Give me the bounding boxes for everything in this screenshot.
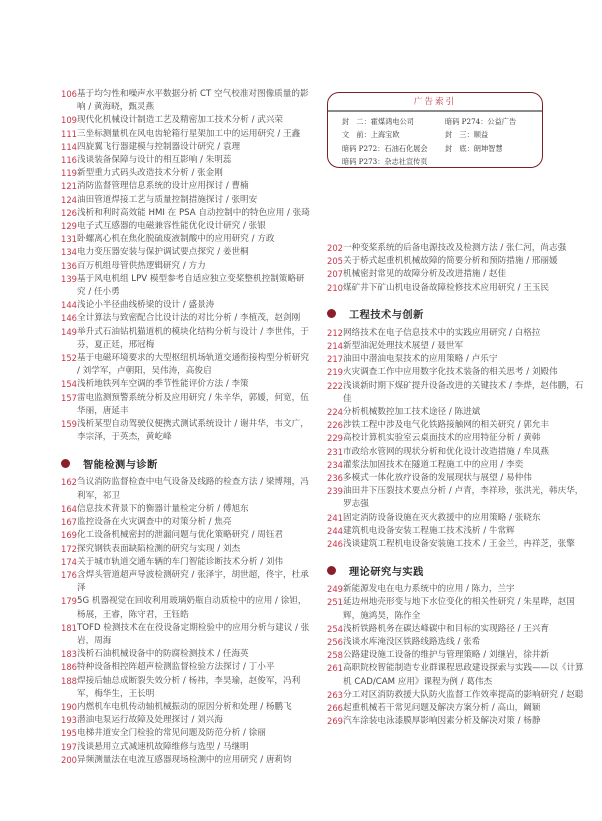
article-title-author: 监控设备在火灾调查中的对策分析 / 焦亮 bbox=[77, 517, 231, 527]
ad-index-box: 广告索引 封 二：霍煤鸿电公司 暗码 P274：公益广告 文 前：上海宝欧 封 … bbox=[327, 92, 543, 168]
article-title-author: 市政给水管网的现状分析和优化设计改造措施 / 牟凤燕 bbox=[343, 447, 549, 457]
toc-entry: 183浅析石油机械设备中的防腐检测技术 / 任海英 bbox=[61, 648, 311, 661]
page-number: 188 bbox=[61, 675, 77, 688]
toc-entry: 106基于均匀性和噪声水平数据分析 CT 空气校准对图像质量的影响 / 黄海晓，… bbox=[61, 88, 311, 114]
toc-entry: 231市政给水管网的现状分析和优化设计改造措施 / 牟凤燕 bbox=[327, 446, 589, 459]
article-title-author: 基于风电机组 LPV 模型参考自适应独立变桨整机控制策略研究 / 任小勇 bbox=[77, 274, 305, 297]
page-number: 200 bbox=[61, 754, 77, 767]
toc-entry: 244建筑机电设备安装工程施工技术浅析 / 牛常辉 bbox=[327, 525, 589, 538]
article-title-author: 浅析铁路机务在碳达峰碳中和目标的实现路径 / 王兴育 bbox=[343, 624, 549, 634]
page-number: 154 bbox=[61, 378, 77, 391]
article-title-author: 卧螺离心机在焦化脱硫废液制酸中的应用研究 / 方政 bbox=[77, 234, 274, 244]
toc-entry: 249新能源发电在电力系统中的应用 / 陈力，兰宇 bbox=[327, 583, 589, 596]
toc-entry: 195电梯井道安全门检验的常见问题及防范分析 / 徐丽 bbox=[61, 727, 311, 740]
toc-entry: 162刍议消防监督检查中电气设备及线路的检查方法 / 梁博翔，冯利军，祁卫 bbox=[61, 476, 311, 502]
article-title-author: 分工对区消防救援大队防火监督工作效率提高的影响研究 / 赵聪 bbox=[343, 690, 583, 700]
toc-entry: 256浅谈水库淹没区铁路线路选线 / 张希 bbox=[327, 636, 589, 649]
article-title-author: 汽车涂装电泳漆膜厚影响因素分析及解决对策 / 杨静 bbox=[343, 716, 540, 726]
page-number: 169 bbox=[61, 529, 77, 542]
article-title-author: 浅论小半径曲线桥梁的设计 / 盛景涛 bbox=[77, 300, 214, 310]
page-number: 241 bbox=[327, 512, 343, 525]
toc-entry: 207机械密封常见的故障分析及改进措施 / 赵佳 bbox=[327, 268, 589, 281]
toc-entry: 217油田中潜油电泵技术的应用策略 / 卢乐宁 bbox=[327, 353, 589, 366]
page-number: 207 bbox=[327, 268, 343, 281]
article-title-author: TOFD 检测技术在在役设备定期检验中的应用分析与建议 / 张岩，周海 bbox=[77, 623, 309, 646]
toc-entry: 181TOFD 检测技术在在役设备定期检验中的应用分析与建议 / 张岩，周海 bbox=[61, 622, 311, 648]
page-number: 164 bbox=[61, 503, 77, 516]
toc-entry: 186特种设备相控阵超声检测监督检验方法探讨 / 丁小平 bbox=[61, 661, 311, 674]
article-title-author: 新型油泥处理技术展望 / 聂世军 bbox=[343, 341, 463, 351]
page-number: 131 bbox=[61, 233, 77, 246]
page-number: 124 bbox=[61, 194, 77, 207]
page-number: 136 bbox=[61, 260, 77, 273]
article-title-author: 浅析石油机械设备中的防腐检测技术 / 任海英 bbox=[77, 649, 249, 659]
toc-entry: 226涉铁工程中涉及电气化铁路接触网的相关研究 / 郭允丰 bbox=[327, 419, 589, 432]
page-number: 126 bbox=[61, 207, 77, 220]
toc-entry: 119新型重力式码头改造技术分析 / 张金刚 bbox=[61, 167, 311, 180]
toc-list: 249新能源发电在电力系统中的应用 / 陈力，兰宇251延边州地壳形变与地下水位… bbox=[327, 583, 589, 728]
ad-index-item: 封 三：顺益 bbox=[445, 128, 545, 141]
toc-entry: 263分工对区消防救援大队防火监督工作效率提高的影响研究 / 赵聪 bbox=[327, 689, 589, 702]
article-title-author: 分析机械数控加工技术途径 / 陈进斌 bbox=[343, 407, 480, 417]
page-number: 269 bbox=[327, 715, 343, 728]
toc-entry: 152基于电磁环境要求的大型枢纽机场轨道交通衔接构型分析研究 / 刘学军，卢朝阳… bbox=[61, 352, 311, 378]
page-number: 190 bbox=[61, 701, 77, 714]
article-title-author: 浅谈水库淹没区铁路线路选线 / 张希 bbox=[343, 637, 480, 647]
article-title-author: 高职院校智能制造专业群课程思政建设探索与实践——以《计算机 CAD/CAM 应用… bbox=[343, 663, 584, 686]
toc-entry: 251延边州地壳形变与地下水位变化的相关性研究 / 朱星晔，赵国辉，施鸿昊，陈作… bbox=[327, 596, 589, 622]
toc-entry: 254浅析铁路机务在碳达峰碳中和目标的实现路径 / 王兴育 bbox=[327, 623, 589, 636]
toc-list: 202一种变桨系统的后备电源技改及检测方法 / 张仁河，尚志强205关于桥式起重… bbox=[327, 242, 589, 295]
toc-entry: 246浅谈建筑工程机电设备安装施工技术 / 王金兰，冉祥芝，张擎 bbox=[327, 538, 589, 551]
page-number: 179 bbox=[61, 595, 77, 608]
page-number: 152 bbox=[61, 352, 77, 365]
article-title-author: 涉铁工程中涉及电气化铁路接触网的相关研究 / 郭允丰 bbox=[343, 420, 549, 430]
page-number: 174 bbox=[61, 556, 77, 569]
section-heading: 智能检测与诊断 bbox=[61, 456, 311, 470]
article-title-author: 火灾调查工作中应用数字化技术装备的相关思考 / 刘殿伟 bbox=[343, 367, 558, 377]
article-title-author: 电梯井道安全门检验的常见问题及防范分析 / 徐丽 bbox=[77, 728, 266, 738]
article-title-author: 浅析地铁列车空调的季节性能评价方法 / 李策 bbox=[77, 379, 249, 389]
article-title-author: 建筑机电设备安装工程施工技术浅析 / 牛常辉 bbox=[343, 526, 515, 536]
toc-entry: 169化工设备机械密封的泄漏问题与优化策略研究 / 周钰君 bbox=[61, 529, 311, 542]
toc-entry: 116浅谈装备保障与设计的相互影响 / 朱明蕊 bbox=[61, 154, 311, 167]
section-title: 理论研究与实践 bbox=[349, 563, 424, 578]
toc-entry: 109现代化机械设计制造工艺及精密加工技术分析 / 武兴荣 bbox=[61, 114, 311, 127]
article-title-author: 一种变桨系统的后备电源技改及检测方法 / 张仁河，尚志强 bbox=[343, 243, 566, 253]
toc-list: 162刍议消防监督检查中电气设备及线路的检查方法 / 梁博翔，冯利军，祁卫164… bbox=[61, 476, 311, 766]
article-title-author: 油田中潜油电泵技术的应用策略 / 卢乐宁 bbox=[343, 354, 497, 364]
page-number: 231 bbox=[327, 446, 343, 459]
article-title-author: 起重机械若干常见问题及解决方案分析 / 高山，阚颖 bbox=[343, 703, 540, 713]
page-number: 144 bbox=[61, 299, 77, 312]
page-number: 139 bbox=[61, 273, 77, 286]
toc-entry: 258公路建设施工设备的维护与管理策略 / 刘继岩，徐井新 bbox=[327, 649, 589, 662]
toc-entry: 172探究钢铁表面缺陷检测的研究与实现 / 刘杰 bbox=[61, 543, 311, 556]
article-title-author: 四旋翼飞行器建模与控制器设计研究 / 袁理 bbox=[77, 142, 240, 152]
section-heading: 理论研究与实践 bbox=[327, 563, 589, 577]
page-number: 205 bbox=[327, 255, 343, 268]
article-title-author: 潜油电泵运行故障及处理探讨 / 刘兴海 bbox=[77, 715, 223, 725]
page-number: 246 bbox=[327, 538, 343, 551]
article-title-author: 特种设备相控阵超声检测监督检验方法探讨 / 丁小平 bbox=[77, 662, 274, 672]
toc-entry: 197浅谈悬用立式减速机故障维修与选型 / 马继明 bbox=[61, 741, 311, 754]
ad-index-item: 封 二：霍煤鸿电公司 bbox=[342, 115, 445, 128]
article-title-author: 固定消防设备设施在灭火救援中的应用策略 / 张晓东 bbox=[343, 513, 540, 523]
toc-entry: 139基于风电机组 LPV 模型参考自适应独立变桨整机控制策略研究 / 任小勇 bbox=[61, 273, 311, 299]
page-number: 217 bbox=[327, 353, 343, 366]
toc-entry: 266起重机械若干常见问题及解决方案分析 / 高山，阚颖 bbox=[327, 702, 589, 715]
toc-entry: 149举升式石油钻机猫道机的模块化结构分析与设计 / 李世伟，于芬，夏正廷，邢冠… bbox=[61, 326, 311, 352]
toc-entry: 212网络技术在电子信息技术中的实践应用研究 / 白格拉 bbox=[327, 327, 589, 340]
page-number: 261 bbox=[327, 662, 343, 675]
toc-entry: 167监控设备在火灾调查中的对策分析 / 焦亮 bbox=[61, 516, 311, 529]
ad-index-grid: 封 二：霍煤鸿电公司 暗码 P274：公益广告 文 前：上海宝欧 封 三：顺益 … bbox=[328, 112, 542, 169]
page-number: 244 bbox=[327, 525, 343, 538]
toc-entry: 154浅析地铁列车空调的季节性能评价方法 / 李策 bbox=[61, 378, 311, 391]
page-number: 214 bbox=[327, 340, 343, 353]
article-title-author: 多模式一体化放疗设备的发展现状与展望 / 易仲伟 bbox=[343, 473, 532, 483]
ad-index-item: 封 底：朗坤智慧 bbox=[445, 142, 545, 155]
article-title-author: 关于桥式起重机机械故障的简要分析和预防措施 / 邢丽媛 bbox=[343, 256, 558, 266]
page-number: 224 bbox=[327, 406, 343, 419]
article-title-author: 刍议消防监督检查中电气设备及线路的检查方法 / 梁博翔，冯利军，祁卫 bbox=[77, 477, 309, 500]
article-title-author: 关于城市轨道交通车辆的车门智能诊断技术分析 / 刘伟 bbox=[77, 557, 283, 567]
page-number: 251 bbox=[327, 596, 343, 609]
toc-entry: 124油田管道焊接工艺与质量控制措施探讨 / 张明安 bbox=[61, 194, 311, 207]
article-title-author: 消防监督管理信息系统的设计应用探讨 / 曹楠 bbox=[77, 181, 249, 191]
page-number: 176 bbox=[61, 569, 77, 582]
toc-entry: 210煤矿井下矿山机电设备故障检修技术应用研究 / 王玉民 bbox=[327, 282, 589, 295]
article-title-author: 雷电监测预警系统分析及应用研究 / 朱辛华，郭媛，何宽，伍华丽，唐延丰 bbox=[77, 393, 309, 416]
toc-entry: 261高职院校智能制造专业群课程思政建设探索与实践——以《计算机 CAD/CAM… bbox=[327, 662, 589, 688]
article-title-author: 百万机组母管供热逻辑研究 / 方力 bbox=[77, 261, 206, 271]
article-title-author: 三坐标测量机在风电齿轮箱行星架加工中的运用研究 / 王鑫 bbox=[77, 129, 300, 139]
section-heading: 工程技术与创新 bbox=[327, 307, 589, 321]
toc-entry: 241固定消防设备设施在灭火救援中的应用策略 / 张晓东 bbox=[327, 512, 589, 525]
article-title-author: 电力变压器安装与保护调试要点探究 / 姜世桐 bbox=[77, 247, 249, 257]
page-number: 193 bbox=[61, 714, 77, 727]
ad-index-item: 文 前：上海宝欧 bbox=[342, 128, 445, 141]
article-title-author: 浅谈新时期下煤矿提升设备改进的关键技术 / 李烨，赵伟鹏，石佳 bbox=[343, 381, 583, 404]
page-number: 134 bbox=[61, 246, 77, 259]
toc-entry: 219火灾调查工作中应用数字化技术装备的相关思考 / 刘殿伟 bbox=[327, 366, 589, 379]
page-number: 181 bbox=[61, 622, 77, 635]
toc-entry: 134电力变压器安装与保护调试要点探究 / 姜世桐 bbox=[61, 246, 311, 259]
section-title: 工程技术与创新 bbox=[349, 306, 424, 321]
article-title-author: 高校计算机实验室云桌面技术的应用特征分析 / 黄韩 bbox=[343, 433, 540, 443]
page-number: 106 bbox=[61, 88, 77, 101]
toc-entry: 176含焊头管道超声导波检测研究 / 张泽宇，胡世超，佟宇，杜承泽 bbox=[61, 569, 311, 595]
article-title-author: 5G 机器视觉在回收利用玻璃奶瓶自动质检中的应用 / 徐钽，杨展，王睿，陈守君，… bbox=[77, 596, 306, 619]
bullet-dot-icon bbox=[61, 459, 70, 468]
article-title-author: 煤矿井下矿山机电设备故障检修技术应用研究 / 王玉民 bbox=[343, 283, 549, 293]
article-title-author: 基于电磁环境要求的大型枢纽机场轨道交通衔接构型分析研究 / 刘学军，卢朝阳，吴伟… bbox=[77, 353, 309, 376]
page-number: 157 bbox=[61, 392, 77, 405]
article-title-author: 电子式互感器的电磁兼容性能优化设计研究 / 张银 bbox=[77, 221, 266, 231]
page-number: 249 bbox=[327, 583, 343, 596]
bullet-dot-icon bbox=[327, 566, 336, 575]
toc-entry: 131卧螺离心机在焦化脱硫废液制酸中的应用研究 / 方政 bbox=[61, 233, 311, 246]
page-number: 149 bbox=[61, 326, 77, 339]
toc-entry: 159浅析某型自动驾驶仪便携式测试系统设计 / 谢井华，韦文广，李宗泽，于英杰，… bbox=[61, 418, 311, 444]
toc-entry: 193潜油电泵运行故障及处理探讨 / 刘兴海 bbox=[61, 714, 311, 727]
page-number: 159 bbox=[61, 418, 77, 431]
toc-entry: 126浅析和利时高效能 HMI 在 PSA 自动控制中的特色应用 / 张琦 bbox=[61, 207, 311, 220]
toc-entry: 121消防监督管理信息系统的设计应用探讨 / 曹楠 bbox=[61, 180, 311, 193]
article-title-author: 新能源发电在电力系统中的应用 / 陈力，兰宇 bbox=[343, 584, 515, 594]
article-title-author: 公路建设施工设备的维护与管理策略 / 刘继岩，徐井新 bbox=[343, 650, 549, 660]
toc-entry: 146全计算法与致密配合比设计法的对比分析 / 李植茂，赵剑刚 bbox=[61, 312, 311, 325]
article-title-author: 延边州地壳形变与地下水位变化的相关性研究 / 朱星晔，赵国辉，施鸿昊，陈作全 bbox=[343, 597, 575, 620]
ad-index-item: 暗码 P274：公益广告 bbox=[445, 115, 545, 128]
toc-entry: 174关于城市轨道交通车辆的车门智能诊断技术分析 / 刘伟 bbox=[61, 556, 311, 569]
page-number: 172 bbox=[61, 543, 77, 556]
toc-entry: 236多模式一体化放疗设备的发展现状与展望 / 易仲伟 bbox=[327, 472, 589, 485]
toc-list: 212网络技术在电子信息技术中的实践应用研究 / 白格拉214新型油泥处理技术展… bbox=[327, 327, 589, 551]
toc-entry: 222浅谈新时期下煤矿提升设备改进的关键技术 / 李烨，赵伟鹏，石佳 bbox=[327, 380, 589, 406]
article-title-author: 基于均匀性和噪声水平数据分析 CT 空气校准对图像质量的影响 / 黄海晓，甄灵燕 bbox=[77, 89, 309, 112]
page-number: 195 bbox=[61, 727, 77, 740]
toc-entry: 190内燃机车电机传动轴机械振动的原因分析和处理 / 杨鹏飞 bbox=[61, 701, 311, 714]
article-title-author: 浅谈装备保障与设计的相互影响 / 朱明蕊 bbox=[77, 155, 231, 165]
toc-entry: 144浅论小半径曲线桥梁的设计 / 盛景涛 bbox=[61, 299, 311, 312]
toc-entry: 269汽车涂装电泳漆膜厚影响因素分析及解决对策 / 杨静 bbox=[327, 715, 589, 728]
toc-entry: 157雷电监测预警系统分析及应用研究 / 朱辛华，郭媛，何宽，伍华丽，唐延丰 bbox=[61, 392, 311, 418]
toc-list: 106基于均匀性和噪声水平数据分析 CT 空气校准对图像质量的影响 / 黄海晓，… bbox=[61, 88, 311, 444]
article-title-author: 灌浆法加固技术在隧道工程施工中的应用 / 李奕 bbox=[343, 460, 523, 470]
page-number: 258 bbox=[327, 649, 343, 662]
page-number: 121 bbox=[61, 180, 77, 193]
page-number: 254 bbox=[327, 623, 343, 636]
article-title-author: 现代化机械设计制造工艺及精密加工技术分析 / 武兴荣 bbox=[77, 115, 283, 125]
article-title-author: 浅析某型自动驾驶仪便携式测试系统设计 / 谢井华，韦文广，李宗泽，于英杰，黄屹峰 bbox=[77, 419, 309, 442]
article-title-author: 化工设备机械密封的泄漏问题与优化策略研究 / 周钰君 bbox=[77, 530, 283, 540]
article-title-author: 异频测量法在电流互感器现场检测中的应用研究 / 唐莉钧 bbox=[77, 755, 292, 765]
page-number: 146 bbox=[61, 312, 77, 325]
toc-entry: 200异频测量法在电流互感器现场检测中的应用研究 / 唐莉钧 bbox=[61, 754, 311, 767]
ad-index-item: 暗码 P273：杂志社宣传页 bbox=[342, 155, 445, 168]
toc-entry: 111三坐标测量机在风电齿轮箱行星架加工中的运用研究 / 王鑫 bbox=[61, 128, 311, 141]
toc-entry: 234灌浆法加固技术在隧道工程施工中的应用 / 李奕 bbox=[327, 459, 589, 472]
article-title-author: 全计算法与致密配合比设计法的对比分析 / 李植茂，赵剑刚 bbox=[77, 313, 300, 323]
page-number: 111 bbox=[61, 128, 77, 141]
page-number: 114 bbox=[61, 141, 77, 154]
ad-index-item: 暗码 P272：石油石化展会 bbox=[342, 142, 445, 155]
page-number: 129 bbox=[61, 220, 77, 233]
toc-right-column: 202一种变桨系统的后备电源技改及检测方法 / 张仁河，尚志强205关于桥式起重… bbox=[327, 242, 589, 729]
toc-entry: 188焊接后轴总成断裂失效分析 / 杨祎，李昊瑜，赵俊军，冯利军，梅华生，王长明 bbox=[61, 675, 311, 701]
toc-entry: 1795G 机器视觉在回收利用玻璃奶瓶自动质检中的应用 / 徐钽，杨展，王睿，陈… bbox=[61, 595, 311, 621]
page-number: 229 bbox=[327, 432, 343, 445]
article-title-author: 网络技术在电子信息技术中的实践应用研究 / 白格拉 bbox=[343, 328, 540, 338]
toc-entry: 164信息技术背景下的衡器计量检定分析 / 傅旭东 bbox=[61, 503, 311, 516]
article-title-author: 含焊头管道超声导波检测研究 / 张泽宇，胡世超，佟宇，杜承泽 bbox=[77, 570, 309, 593]
page-number: 266 bbox=[327, 702, 343, 715]
page-number: 236 bbox=[327, 472, 343, 485]
toc-left-column: 106基于均匀性和噪声水平数据分析 CT 空气校准对图像质量的影响 / 黄海晓，… bbox=[61, 88, 311, 767]
page-number: 226 bbox=[327, 419, 343, 432]
page-number: 119 bbox=[61, 167, 77, 180]
toc-entry: 224分析机械数控加工技术途径 / 陈进斌 bbox=[327, 406, 589, 419]
toc-entry: 114四旋翼飞行器建模与控制器设计研究 / 袁理 bbox=[61, 141, 311, 154]
article-title-author: 浅析和利时高效能 HMI 在 PSA 自动控制中的特色应用 / 张琦 bbox=[77, 208, 310, 218]
page-number: 162 bbox=[61, 476, 77, 489]
page-number: 167 bbox=[61, 516, 77, 529]
page-number: 109 bbox=[61, 114, 77, 127]
article-title-author: 信息技术背景下的衡器计量检定分析 / 傅旭东 bbox=[77, 504, 249, 514]
article-title-author: 油田井下压裂技术要点分析 / 卢青，李祥珍，张洪光，韩庆华，罗志强 bbox=[343, 486, 583, 509]
page-number: 239 bbox=[327, 485, 343, 498]
page-number: 222 bbox=[327, 380, 343, 393]
article-title-author: 探究钢铁表面缺陷检测的研究与实现 / 刘杰 bbox=[77, 544, 240, 554]
article-title-author: 焊接后轴总成断裂失效分析 / 杨祎，李昊瑜，赵俊军，冯利军，梅华生，王长明 bbox=[77, 676, 300, 699]
page-number: 202 bbox=[327, 242, 343, 255]
article-title-author: 油田管道焊接工艺与质量控制措施探讨 / 张明安 bbox=[77, 195, 257, 205]
page-number: 210 bbox=[327, 282, 343, 295]
toc-entry: 129电子式互感器的电磁兼容性能优化设计研究 / 张银 bbox=[61, 220, 311, 233]
article-title-author: 举升式石油钻机猫道机的模块化结构分析与设计 / 李世伟，于芬，夏正廷，邢冠梅 bbox=[77, 327, 309, 350]
toc-entry: 202一种变桨系统的后备电源技改及检测方法 / 张仁河，尚志强 bbox=[327, 242, 589, 255]
bullet-dot-icon bbox=[327, 309, 336, 318]
page-number: 256 bbox=[327, 636, 343, 649]
page-number: 234 bbox=[327, 459, 343, 472]
article-title-author: 内燃机车电机传动轴机械振动的原因分析和处理 / 杨鹏飞 bbox=[77, 702, 292, 712]
page-number: 219 bbox=[327, 366, 343, 379]
page-number: 212 bbox=[327, 327, 343, 340]
toc-entry: 205关于桥式起重机机械故障的简要分析和预防措施 / 邢丽媛 bbox=[327, 255, 589, 268]
article-title-author: 机械密封常见的故障分析及改进措施 / 赵佳 bbox=[343, 269, 506, 279]
article-title-author: 浅谈建筑工程机电设备安装施工技术 / 王金兰，冉祥芝，张擎 bbox=[343, 539, 575, 549]
page-number: 263 bbox=[327, 689, 343, 702]
article-title-author: 浅谈悬用立式减速机故障维修与选型 / 马继明 bbox=[77, 742, 249, 752]
page-number: 116 bbox=[61, 154, 77, 167]
toc-entry: 136百万机组母管供热逻辑研究 / 方力 bbox=[61, 260, 311, 273]
section-title: 智能检测与诊断 bbox=[83, 456, 158, 471]
toc-entry: 239油田井下压裂技术要点分析 / 卢青，李祥珍，张洪光，韩庆华，罗志强 bbox=[327, 485, 589, 511]
toc-entry: 229高校计算机实验室云桌面技术的应用特征分析 / 黄韩 bbox=[327, 432, 589, 445]
page-number: 197 bbox=[61, 741, 77, 754]
article-title-author: 新型重力式码头改造技术分析 / 张金刚 bbox=[77, 168, 223, 178]
page-number: 186 bbox=[61, 661, 77, 674]
page-number: 183 bbox=[61, 648, 77, 661]
ad-index-title: 广告索引 bbox=[328, 93, 542, 112]
toc-entry: 214新型油泥处理技术展望 / 聂世军 bbox=[327, 340, 589, 353]
